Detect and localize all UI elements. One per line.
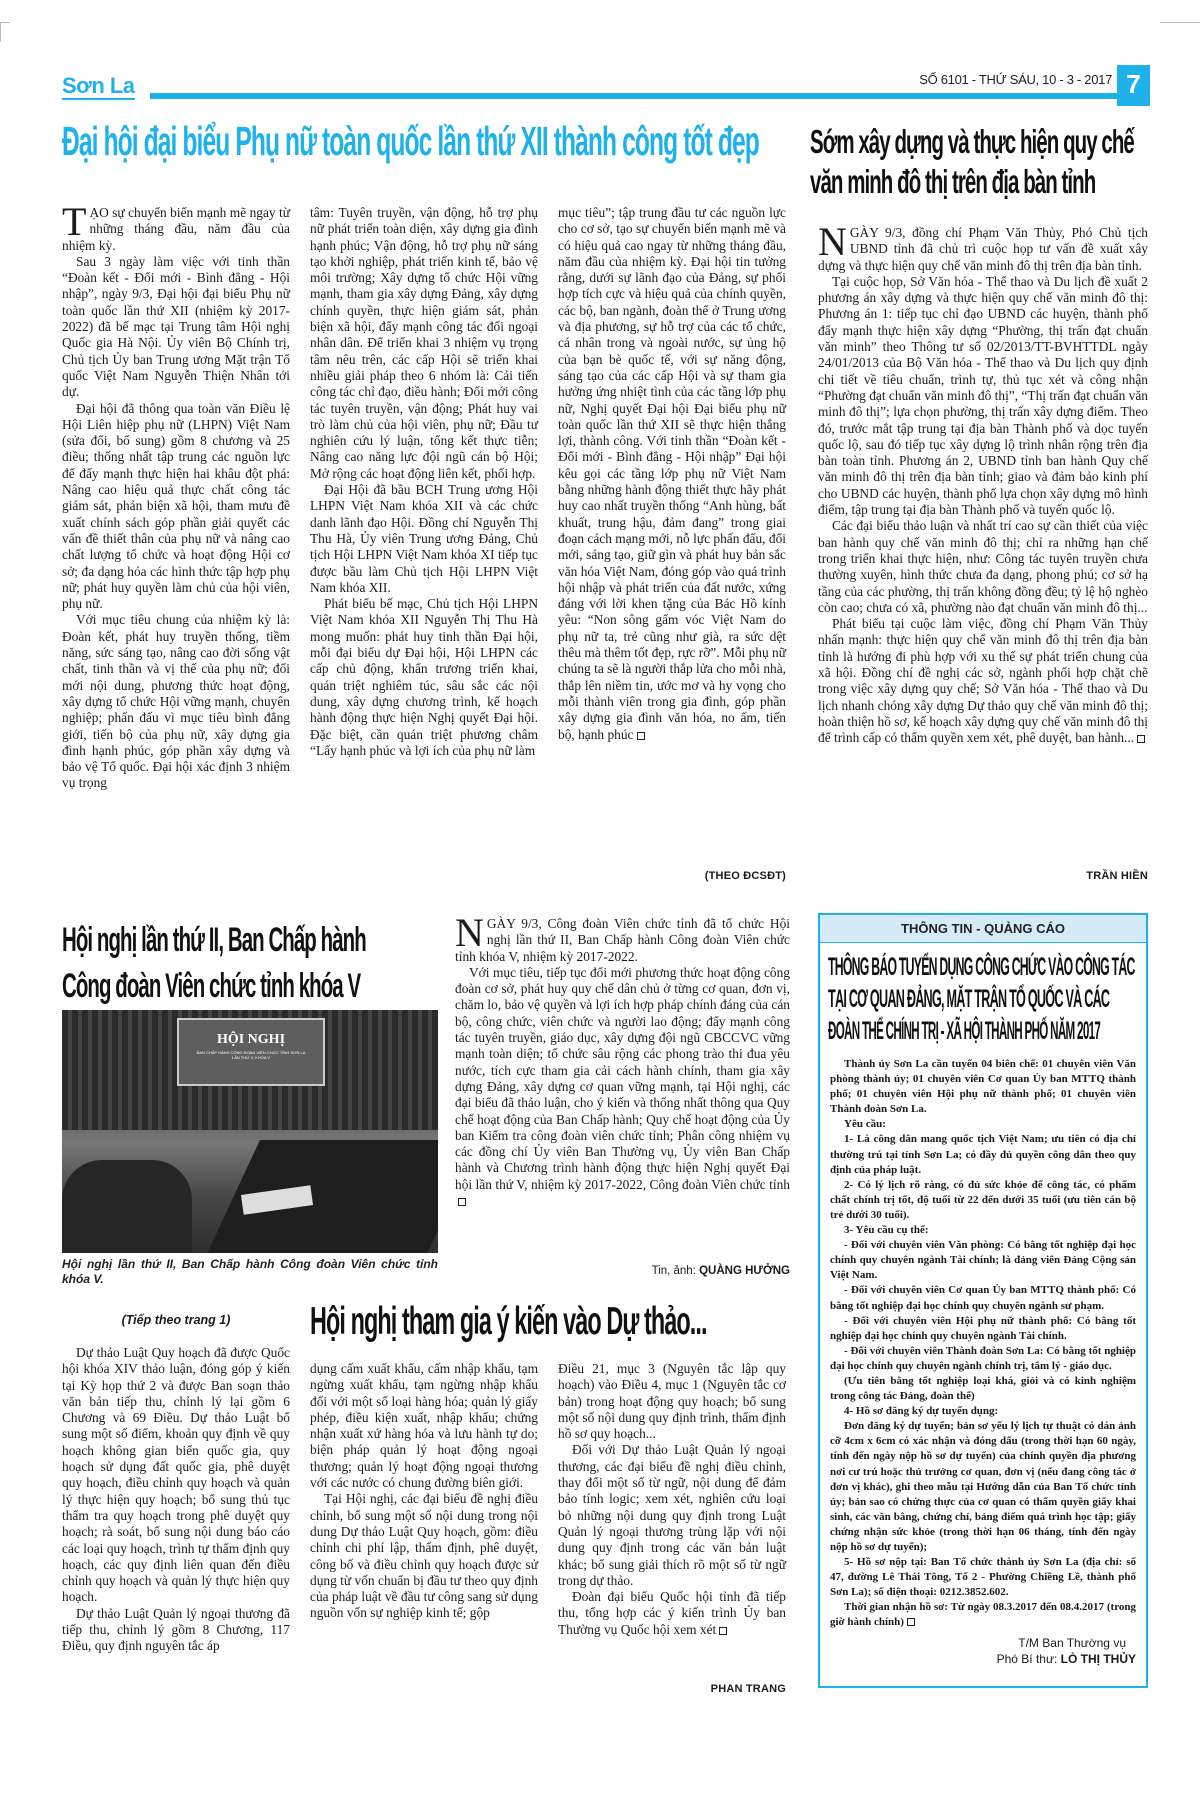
drop-cap: T (62, 207, 86, 237)
photo-caption: Hội nghị lần thứ II, Ban Chấp hành Công … (62, 1257, 438, 1287)
end-mark-icon (637, 732, 645, 740)
continued-label: (Tiếp theo trang 1) (62, 1313, 290, 1327)
article-byline: TRẦN HIỀN (980, 870, 1148, 882)
photo-table (204, 1140, 438, 1253)
article-headline: Hội nghị tham gia ý kiến vào Dự thảo... (310, 1298, 707, 1346)
article-headline-line2: văn minh đô thị trên địa bàn tỉnh (810, 162, 1095, 202)
masthead-rule (150, 93, 1125, 99)
crop-mark (0, 22, 10, 23)
article-column: Dự thảo Luật Quy hoạch đã được Quốc hội … (62, 1345, 290, 1655)
article-byline: Tin, ảnh: QUÀNG HƯỞNG (455, 1265, 790, 1277)
end-mark-icon (907, 1618, 915, 1626)
photo-people (62, 1160, 192, 1253)
ad-title: THÔNG BÁO TUYỂN DỤNG CÔNG CHỨC VÀO CÔNG … (820, 943, 1146, 1051)
conference-photo: HỘI NGHỊ BAN CHẤP HÀNH CÔNG ĐOÀN VIÊN CH… (62, 1010, 438, 1253)
article-column: mục tiêu”; tập trung đầu tư các nguồn lự… (558, 205, 786, 743)
article-headline-line1: Hội nghị lần thứ II, Ban Chấp hành (62, 918, 366, 962)
article-column: TẠO sự chuyển biến mạnh mẽ ngay từ những… (62, 205, 290, 792)
article-byline: (THEO ĐCSĐT) (558, 870, 786, 882)
article-body: NGÀY 9/3, đồng chí Phạm Văn Thủy, Phó Ch… (818, 225, 1148, 747)
classified-ad-box: THÔNG TIN - QUẢNG CÁO THÔNG BÁO TUYỂN DỤ… (818, 913, 1148, 1688)
article-column: tâm: Tuyên truyền, vận động, hỗ trợ phụ … (310, 205, 538, 759)
issue-info: SỐ 6101 - THỨ SÁU, 10 - 3 - 2017 (850, 72, 1112, 87)
page-number: 7 (1117, 65, 1150, 106)
article-byline: PHAN TRANG (558, 1683, 786, 1695)
article-column: Điều 21, mục 3 (Nguyên tắc lập quy hoạch… (558, 1361, 786, 1638)
end-mark-icon (1137, 735, 1145, 743)
section-name: Sơn La (62, 75, 135, 100)
end-mark-icon (458, 1198, 466, 1206)
ad-body: Thành ủy Sơn La cần tuyển 04 biên chế: 0… (820, 1051, 1146, 1667)
drop-cap: N (455, 918, 484, 948)
ad-signature: T/M Ban Thường vụ Phó Bí thư: LÒ THỊ THỦ… (830, 1635, 1136, 1667)
crop-mark (0, 22, 1, 42)
article-headline-line1: Sớm xây dựng và thực hiện quy chế (810, 122, 1134, 162)
drop-cap: N (818, 227, 847, 257)
end-mark-icon (719, 1627, 727, 1635)
article-column: dụng cấm xuất khẩu, cấm nhập khẩu, tạm n… (310, 1361, 538, 1622)
crop-mark (1160, 22, 1200, 23)
photo-banner: HỘI NGHỊ BAN CHẤP HÀNH CÔNG ĐOÀN VIÊN CH… (177, 1018, 325, 1086)
article-body: NGÀY 9/3, Công đoàn Viên chức tỉnh đã tổ… (455, 916, 790, 1209)
article-headline-line2: Công đoàn Viên chức tỉnh khóa V (62, 964, 360, 1008)
article-headline: Đại hội đại biểu Phụ nữ toàn quốc lần th… (62, 116, 759, 166)
ad-box-header: THÔNG TIN - QUẢNG CÁO (820, 915, 1146, 943)
